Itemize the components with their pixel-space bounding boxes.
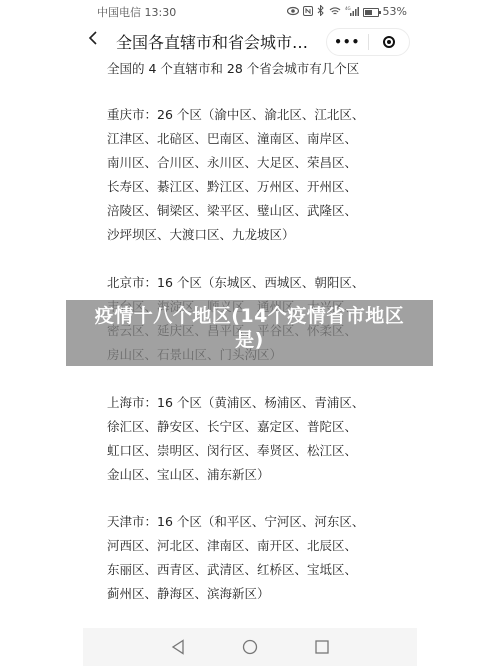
tianjin-line: 河西区、河北区、津南区、南开区、北辰区、: [107, 538, 357, 554]
carrier-time: 中国电信 13:30: [97, 4, 176, 20]
back-triangle-icon: [171, 639, 185, 655]
page-title: 全国各直辖市和省会城市…: [116, 30, 326, 53]
tianjin-line: 东丽区、西青区、武清区、红桥区、宝坻区、: [107, 562, 357, 578]
status-bar: 中国电信 13:30 4G 53%: [97, 2, 407, 22]
overlay-title-line1: 疫情十八个地区(14个疫情省市地区: [66, 304, 433, 328]
status-icons: 4G 53%: [287, 5, 407, 19]
mini-program-navbar: 全国各直辖市和省会城市… •••: [88, 26, 416, 56]
shanghai-line: 金山区、宝山区、浦东新区）: [107, 467, 270, 483]
chongqing-line: 江津区、北碚区、巴南区、潼南区、南岸区、: [107, 131, 357, 147]
nfc-icon: [303, 6, 313, 19]
overlay-title: 疫情十八个地区(14个疫情省市地区 是): [66, 304, 433, 352]
recents-square-icon: [314, 639, 330, 655]
tianjin-line: 天津市：16 个区（和平区、宁河区、河东区、: [107, 514, 364, 530]
shanghai-line: 上海市：16 个区（黄浦区、杨浦区、青浦区、: [107, 395, 364, 411]
shanghai-line: 徐汇区、静安区、长宁区、嘉定区、普陀区、: [107, 419, 357, 435]
signal-4g-icon: 4G: [345, 6, 359, 19]
more-dots-icon: •••: [334, 35, 360, 49]
chevron-left-icon: [88, 30, 98, 46]
close-button[interactable]: [369, 36, 410, 48]
system-navigation-bar: [83, 628, 417, 666]
battery-percent: 53%: [383, 6, 407, 18]
svg-text:4G: 4G: [345, 6, 351, 11]
phone-screen: 中国电信 13:30 4G 53% 全国各直辖市和省会城市…: [0, 0, 500, 666]
more-button[interactable]: •••: [327, 35, 368, 49]
home-circle-icon: [242, 639, 258, 655]
beijing-line: 北京市：16 个区（东城区、西城区、朝阳区、: [107, 275, 364, 291]
wifi-icon: [329, 6, 341, 19]
chongqing-line: 重庆市：26 个区（渝中区、渝北区、江北区、: [107, 107, 364, 123]
chongqing-line: 长寿区、綦江区、黔江区、万州区、开州区、: [107, 179, 357, 195]
bluetooth-icon: [317, 5, 325, 19]
system-back-button[interactable]: [166, 635, 190, 659]
chongqing-line: 南川区、合川区、永川区、大足区、荣昌区、: [107, 155, 357, 171]
eye-icon: [287, 6, 299, 19]
chongqing-line: 涪陵区、铜梁区、梁平区、璧山区、武隆区、: [107, 203, 357, 219]
battery-icon: [363, 8, 379, 17]
target-close-icon: [383, 36, 395, 48]
back-button[interactable]: [88, 26, 108, 56]
tianjin-line: 蓟州区、静海区、滨海新区）: [107, 586, 270, 602]
overlay-title-line2: 是): [66, 328, 433, 352]
shanghai-line: 虹口区、崇明区、闵行区、奉贤区、松江区、: [107, 443, 357, 459]
system-home-button[interactable]: [238, 635, 262, 659]
chongqing-line: 沙坪坝区、大渡口区、九龙坡区）: [107, 227, 295, 243]
system-recents-button[interactable]: [310, 635, 334, 659]
capsule-menu: •••: [326, 28, 410, 56]
article-heading: 全国的 4 个直辖市和 28 个省会城市有几个区: [107, 61, 359, 77]
